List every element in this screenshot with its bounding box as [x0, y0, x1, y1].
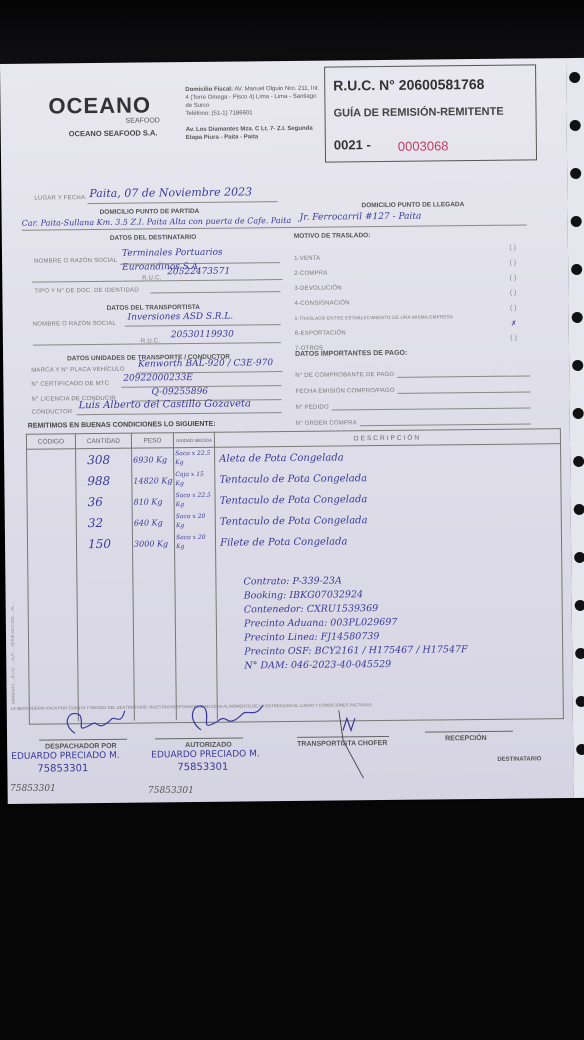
- item-peso: 14820 Kg: [133, 470, 172, 491]
- item-cantidad: 988: [77, 471, 130, 493]
- pago-field: N° ORDEN COMPRA: [296, 408, 531, 426]
- ruc-box: R.U.C. N° 20600581768 GUÍA DE REMISIÓN-R…: [324, 64, 537, 162]
- descripcion-column: Aleta de Pota CongeladaTentaculo de Pota…: [215, 444, 564, 720]
- feed-hole-icon: [574, 552, 584, 563]
- conductor-label: CONDUCTOR: [32, 409, 73, 415]
- domicilio-partida-label: DOMICILIO PUNTO DE PARTIDA: [100, 208, 200, 216]
- destinatario-footer-label: DESTINATARIO: [497, 756, 541, 762]
- printer-note: IMPRENTA ... R.U.C. ... AUT. ... SERIE 0…: [10, 601, 16, 704]
- feed-hole-icon: [573, 408, 584, 419]
- motivo-checkbox[interactable]: ✗: [511, 320, 517, 328]
- destinatario-title: DATOS DEL DESTINATARIO: [110, 234, 197, 242]
- item-peso: 3000 Kg: [134, 533, 173, 554]
- destinatario-doc-label: TIPO Y N° DE DOC. DE IDENTIDAD: [34, 288, 139, 295]
- transportista-title: DATOS DEL TRANSPORTISTA: [107, 304, 200, 312]
- guia-remision-document: OCEANO SEAFOOD OCEANO SEAFOOD S.A. Domic…: [0, 58, 574, 804]
- transportista-ruc-value: 20530119930: [171, 330, 234, 341]
- signature-label: TRANSPORTISTA CHOFER: [297, 740, 387, 748]
- feed-hole-icon: [572, 312, 583, 323]
- domicilio-fiscal-label: Domicilio Fiscal:: [185, 87, 233, 93]
- feed-hole-icon: [572, 360, 583, 371]
- conductor-value: Luis Alberto del Castillo Gozaveta: [79, 398, 251, 411]
- company-logo: OCEANO: [48, 92, 151, 119]
- company-phone: Teléfono: (51-1) 7186601: [186, 110, 253, 117]
- document-serie: 0021 -: [334, 137, 371, 152]
- company-branch-address: Av. Los Diamantes Mza. C Lt. 7- Z.I. Seg…: [186, 125, 321, 142]
- pago-field: FECHA EMISIÓN COMPRO/PAGO: [295, 376, 530, 394]
- signature-label: DESPACHADOR POR: [45, 743, 117, 751]
- pago-field-label: N° ORDEN COMPRA: [296, 420, 357, 427]
- peso-column: 6930 Kg14820 Kg810 Kg640 Kg3000 Kg: [132, 448, 177, 721]
- feed-hole-icon: [573, 456, 584, 467]
- item-descripcion: Filete de Pota Congelada: [217, 529, 560, 554]
- pago-field-label: N° PEDIDO: [296, 405, 329, 411]
- pago-title: DATOS IMPORTANTES DE PAGO:: [295, 350, 407, 358]
- signature-label: RECEPCIÓN: [445, 735, 487, 742]
- item-peso: 810 Kg: [133, 491, 172, 512]
- lugar-fecha-value: Paita, 07 de Noviembre 2023: [89, 185, 252, 200]
- domicilio-llegada-label: DOMICILIO PUNTO DE LLEGADA: [361, 201, 464, 209]
- unidad-column: Saco x 22.5 KgCaja x 15 KgSaco x 22.5 Kg…: [174, 447, 218, 720]
- motivo-checkbox[interactable]: ( ): [509, 260, 516, 267]
- placa-label: MARCA Y N° PLACA VEHÍCULO: [31, 367, 125, 374]
- motivo-checkbox[interactable]: ( ): [510, 305, 517, 312]
- item-cantidad: 308: [77, 450, 130, 472]
- motivo-checkbox[interactable]: ( ): [510, 335, 517, 342]
- signature-autorizado-icon: [183, 697, 273, 742]
- lugar-fecha-label: Lugar y Fecha:: [34, 195, 87, 202]
- company-logo-sub: SEAFOOD: [126, 117, 160, 124]
- items-table: CÓDIGOCANTIDADPESOUNIDAD MEDIDADESCRIPCI…: [26, 428, 564, 725]
- motivo-checkbox[interactable]: ( ): [510, 290, 517, 297]
- background-bottom: [0, 800, 584, 1040]
- pago-field-value: [398, 383, 531, 393]
- motivo-title: MOTIVO DE TRASLADO:: [294, 232, 371, 240]
- items-header-cell: CANTIDAD: [75, 433, 131, 449]
- pago-field-label: FECHA EMISIÓN COMPRO/PAGO: [295, 388, 394, 395]
- pago-field: N° PEDIDO: [295, 392, 530, 410]
- pago-field: N° DE COMPROBANTE DE PAGO: [295, 360, 530, 378]
- feed-hole-icon: [576, 744, 584, 755]
- signature-dni: 75853301: [177, 762, 228, 774]
- feed-hole-icon: [571, 264, 582, 275]
- feed-hole-icon: [569, 72, 580, 83]
- pago-field-value: [360, 415, 531, 426]
- transportista-nombre-value: Inversiones ASD S.R.L.: [128, 312, 234, 323]
- item-unidad: Saco x 20 Kg: [176, 533, 214, 554]
- feed-hole-icon: [570, 120, 581, 131]
- ruc-number: R.U.C. N° 20600581768: [333, 76, 484, 94]
- mtc-label: N° CERTIFICADO DE MTC: [31, 381, 109, 388]
- document-type: GUÍA DE REMISIÓN-REMITENTE: [333, 106, 503, 120]
- feed-hole-icon: [575, 648, 584, 659]
- signature-label: AUTORIZADO: [185, 742, 232, 749]
- carbon-copy-1: 75853301: [10, 784, 56, 794]
- motivo-list: 1-VENTA( )2-COMPRA( )3-DEVOLUCIÓN( )4-CO…: [294, 245, 517, 352]
- domicilio-llegada-value: Jr. Ferrocarril #127 - Paita: [300, 212, 422, 223]
- feed-hole-icon: [570, 168, 581, 179]
- pago-field-label: N° DE COMPROBANTE DE PAGO: [295, 372, 394, 379]
- item-unidad: Saco x 22.5 Kg: [175, 449, 213, 470]
- item-cantidad: 36: [77, 492, 130, 514]
- domicilio-partida-value: Car. Paita-Sullana Km. 3.5 Z.I. Paita Al…: [22, 216, 292, 228]
- transportista-nombre-label: NOMBRE O RAZÓN SOCIAL: [33, 321, 116, 328]
- destinatario-nombre-label: NOMBRE O RAZÓN SOCIAL: [34, 258, 117, 265]
- licencia-value: Q-09255896: [151, 387, 208, 398]
- feed-hole-icon: [575, 600, 584, 611]
- destinatario-ruc-value: 20522473571: [167, 267, 230, 278]
- codigo-column: [27, 449, 79, 722]
- item-cantidad: 32: [78, 513, 131, 535]
- document-number: 0003068: [398, 138, 449, 154]
- item-note: N° DAM: 046-2023-40-045529: [244, 656, 561, 673]
- carbon-copy-2: 75853301: [148, 786, 194, 796]
- item-unidad: Caja x 15 Kg: [175, 470, 213, 491]
- item-unidad: Saco x 22.5 Kg: [176, 491, 214, 512]
- motivo-checkbox[interactable]: ( ): [510, 275, 517, 282]
- mtc-value: 20922000233E: [123, 373, 193, 384]
- motivo-checkbox[interactable]: ( ): [509, 245, 516, 252]
- feed-hole-icon: [576, 696, 584, 707]
- company-legal-name: OCEANO SEAFOOD S.A.: [69, 128, 158, 138]
- signature-dni: 75853301: [37, 763, 88, 775]
- items-title: REMITIMOS EN BUENAS CONDICIONES LO SIGUI…: [28, 421, 216, 430]
- item-cantidad: 150: [78, 534, 131, 556]
- signature-name: EDUARDO PRECIADO M.: [11, 751, 120, 762]
- item-unidad: Saco x 20 Kg: [176, 512, 214, 533]
- feed-hole-icon: [571, 216, 582, 227]
- signature-name: EDUARDO PRECIADO M.: [151, 749, 260, 760]
- signature-despachador-icon: [55, 703, 135, 744]
- tractor-feed-strip: [566, 58, 584, 798]
- feed-hole-icon: [574, 504, 584, 515]
- pago-field-value: [397, 367, 530, 377]
- items-header-cell: CÓDIGO: [26, 434, 75, 450]
- items-header-cell: PESO: [131, 433, 173, 448]
- placa-value: Kenworth BAL-920 / C3E-970: [138, 358, 273, 369]
- pago-list: N° DE COMPROBANTE DE PAGOFECHA EMISIÓN C…: [295, 360, 531, 426]
- item-peso: 6930 Kg: [133, 449, 172, 470]
- items-header-cell: UNIDAD MEDIDA: [173, 432, 214, 447]
- cantidad-column: 3089883632150: [76, 448, 135, 721]
- domicilio-fiscal: Domicilio Fiscal: AV. Manuel Olguin Nro.…: [185, 85, 320, 118]
- item-peso: 640 Kg: [134, 512, 173, 533]
